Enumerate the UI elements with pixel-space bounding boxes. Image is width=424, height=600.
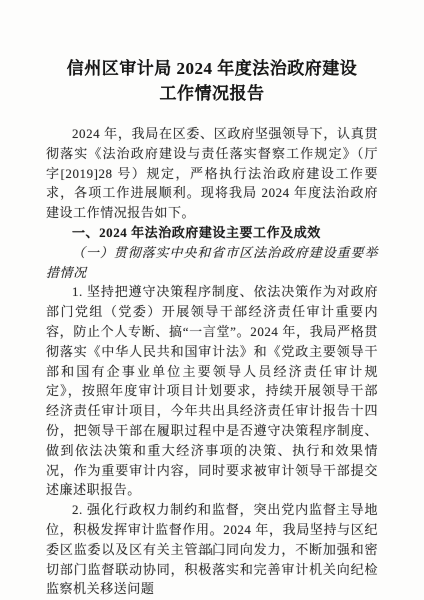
item-1-paragraph: 1. 坚持把遵守决策程序制度、依法决策作为对政府部门党组（党委）开展领导干部经济… (46, 282, 378, 500)
intro-paragraph: 2024 年，我局在区委、区政府坚强领导下，认真贯彻落实《法治政府建设与责任落实… (46, 124, 378, 223)
subsection-1-heading: （一）贯彻落实中央和省市区法治政府建设重要举措情况 (46, 243, 378, 283)
section-1-heading: 一、2024 年法治政府建设主要工作及成效 (46, 223, 378, 243)
document-title-line2: 工作情况报告 (46, 81, 378, 106)
document-page: 信州区审计局 2024 年度法治政府建设 工作情况报告 2024 年，我局在区委… (0, 0, 424, 600)
page-number: —1— (0, 547, 424, 558)
document-title-line1: 信州区审计局 2024 年度法治政府建设 (46, 56, 378, 81)
document-title: 信州区审计局 2024 年度法治政府建设 工作情况报告 (46, 56, 378, 106)
